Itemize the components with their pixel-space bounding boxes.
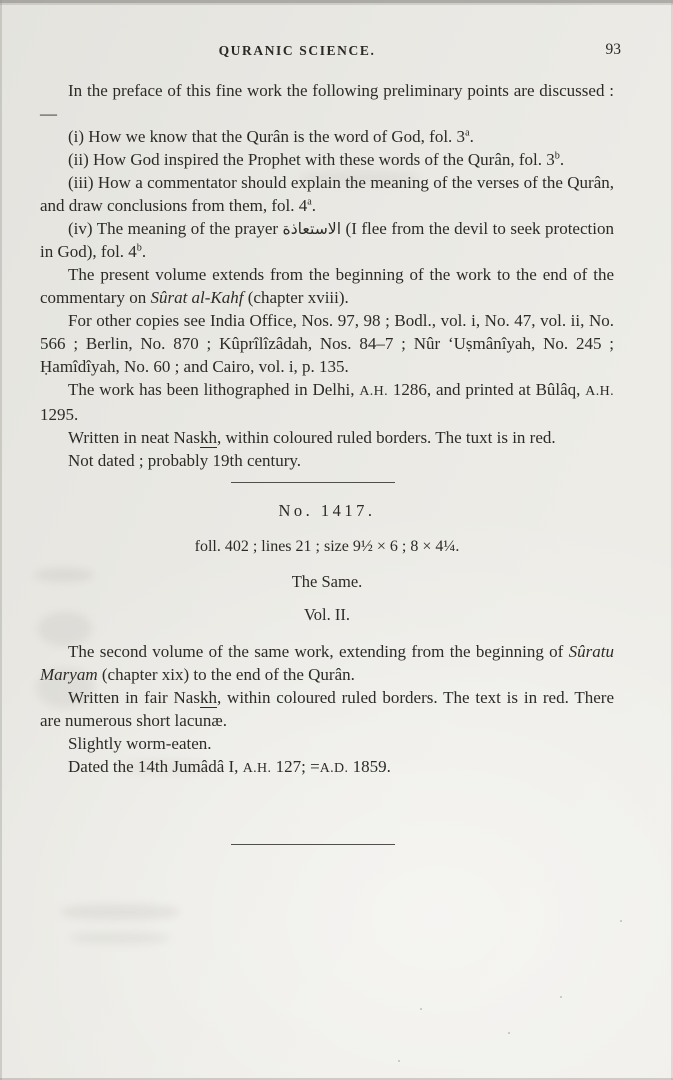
text-segment-sc: A.H. — [585, 384, 614, 399]
text-segment-ul: kh — [200, 428, 217, 448]
paragraph: The second volume of the same work, exte… — [40, 640, 614, 686]
text-segment: . — [470, 127, 474, 146]
paragraph: Slightly worm-eaten. — [40, 732, 614, 755]
text-segment-sc: A.D. — [320, 761, 349, 776]
entry-title: The Same. — [40, 570, 614, 593]
paragraph: Dated the 14th Jumâdâ I, A.H. 127; =A.D.… — [40, 755, 614, 780]
paragraph: (ii) How God inspired the Prophet with t… — [40, 148, 614, 171]
show-through-smudge — [60, 904, 180, 920]
paper-speck — [560, 996, 562, 998]
text-segment: . — [560, 150, 564, 169]
entry-1416-continuation: In the preface of this fine work the fol… — [40, 79, 614, 472]
text-segment: , within coloured ruled borders. The tux… — [217, 428, 556, 447]
paper-speck — [420, 1008, 422, 1010]
text-segment: Dated the 14th Jumâdâ I, — [68, 757, 243, 776]
text-segment: 127; = — [271, 757, 319, 776]
text-segment-sc: A.H. — [359, 384, 388, 399]
paragraph: (i) How we know that the Qurân is the wo… — [40, 125, 614, 148]
text-segment: (ii) How God inspired the Prophet with t… — [68, 150, 555, 169]
text-segment: In the preface of this fine work the fol… — [40, 81, 614, 123]
text-segment: (i) How we know that the Qurân is the wo… — [68, 127, 465, 146]
entry-volume: Vol. II. — [40, 603, 614, 626]
paper-speck — [508, 1032, 510, 1034]
paragraph: (iv) The meaning of the prayer الاستعاذة… — [40, 217, 614, 263]
text-segment: The work has been lithographed in Delhi, — [68, 380, 359, 399]
paragraph: Not dated ; probably 19th century. — [40, 449, 614, 472]
text-segment: Written in neat Nas — [68, 428, 200, 447]
text-segment: Slightly worm-eaten. — [68, 734, 212, 753]
paragraph: For other copies see India Office, Nos. … — [40, 309, 614, 378]
text-segment: (iii) How a commentator should explain t… — [40, 173, 614, 215]
text-segment-ar: الاستعاذة — [283, 219, 342, 238]
end-of-entry-divider — [231, 844, 395, 845]
text-segment-i: Sûrat al-Kahf — [150, 288, 243, 307]
paper-speck — [398, 1060, 400, 1062]
text-segment: 1859. — [348, 757, 391, 776]
paragraph: (iii) How a commentator should explain t… — [40, 171, 614, 217]
show-through-smudge — [70, 932, 170, 944]
text-column: In the preface of this fine work the fol… — [40, 79, 614, 861]
entry-1417-description: The second volume of the same work, exte… — [40, 640, 614, 780]
text-segment: . — [312, 196, 316, 215]
text-segment-sc: A.H. — [243, 761, 272, 776]
text-segment: (chapter xix) to the end of the Qurân. — [98, 665, 355, 684]
text-segment: (iv) The meaning of the prayer — [68, 219, 283, 238]
collation-line: foll. 402 ; lines 21 ; size 9½ × 6 ; 8 ×… — [40, 535, 614, 558]
text-segment: . — [142, 242, 146, 261]
scan-edge-top-shadow — [0, 3, 673, 5]
paragraph: Written in neat Naskh, within coloured r… — [40, 426, 614, 449]
paragraph: The present volume extends from the begi… — [40, 263, 614, 309]
page-number: 93 — [606, 41, 622, 59]
text-segment: 1286, and printed at Bûlâq, — [388, 380, 585, 399]
paragraph: Written in fair Naskh, within coloured r… — [40, 686, 614, 732]
text-segment: Not dated ; probably 19th century. — [68, 451, 301, 470]
paragraph: The work has been lithographed in Delhi,… — [40, 378, 614, 426]
section-divider — [231, 482, 395, 483]
text-segment-ul: kh — [200, 688, 217, 708]
text-segment: (chapter xviii). — [244, 288, 349, 307]
entry-number-heading: No. 1417. — [40, 499, 614, 522]
text-segment: For other copies see India Office, Nos. … — [40, 311, 614, 376]
text-segment: The second volume of the same work, exte… — [68, 642, 569, 661]
text-segment: foll. 402 ; lines 21 ; size 9½ × 6 ; 8 ×… — [195, 538, 460, 555]
text-segment: 1295. — [40, 405, 78, 424]
running-header-title: QURANIC SCIENCE. — [219, 43, 376, 59]
paragraph: In the preface of this fine work the fol… — [40, 79, 614, 125]
paper-speck — [620, 920, 622, 922]
scan-edge-left — [0, 0, 2, 1080]
text-segment: Written in fair Nas — [68, 688, 200, 707]
